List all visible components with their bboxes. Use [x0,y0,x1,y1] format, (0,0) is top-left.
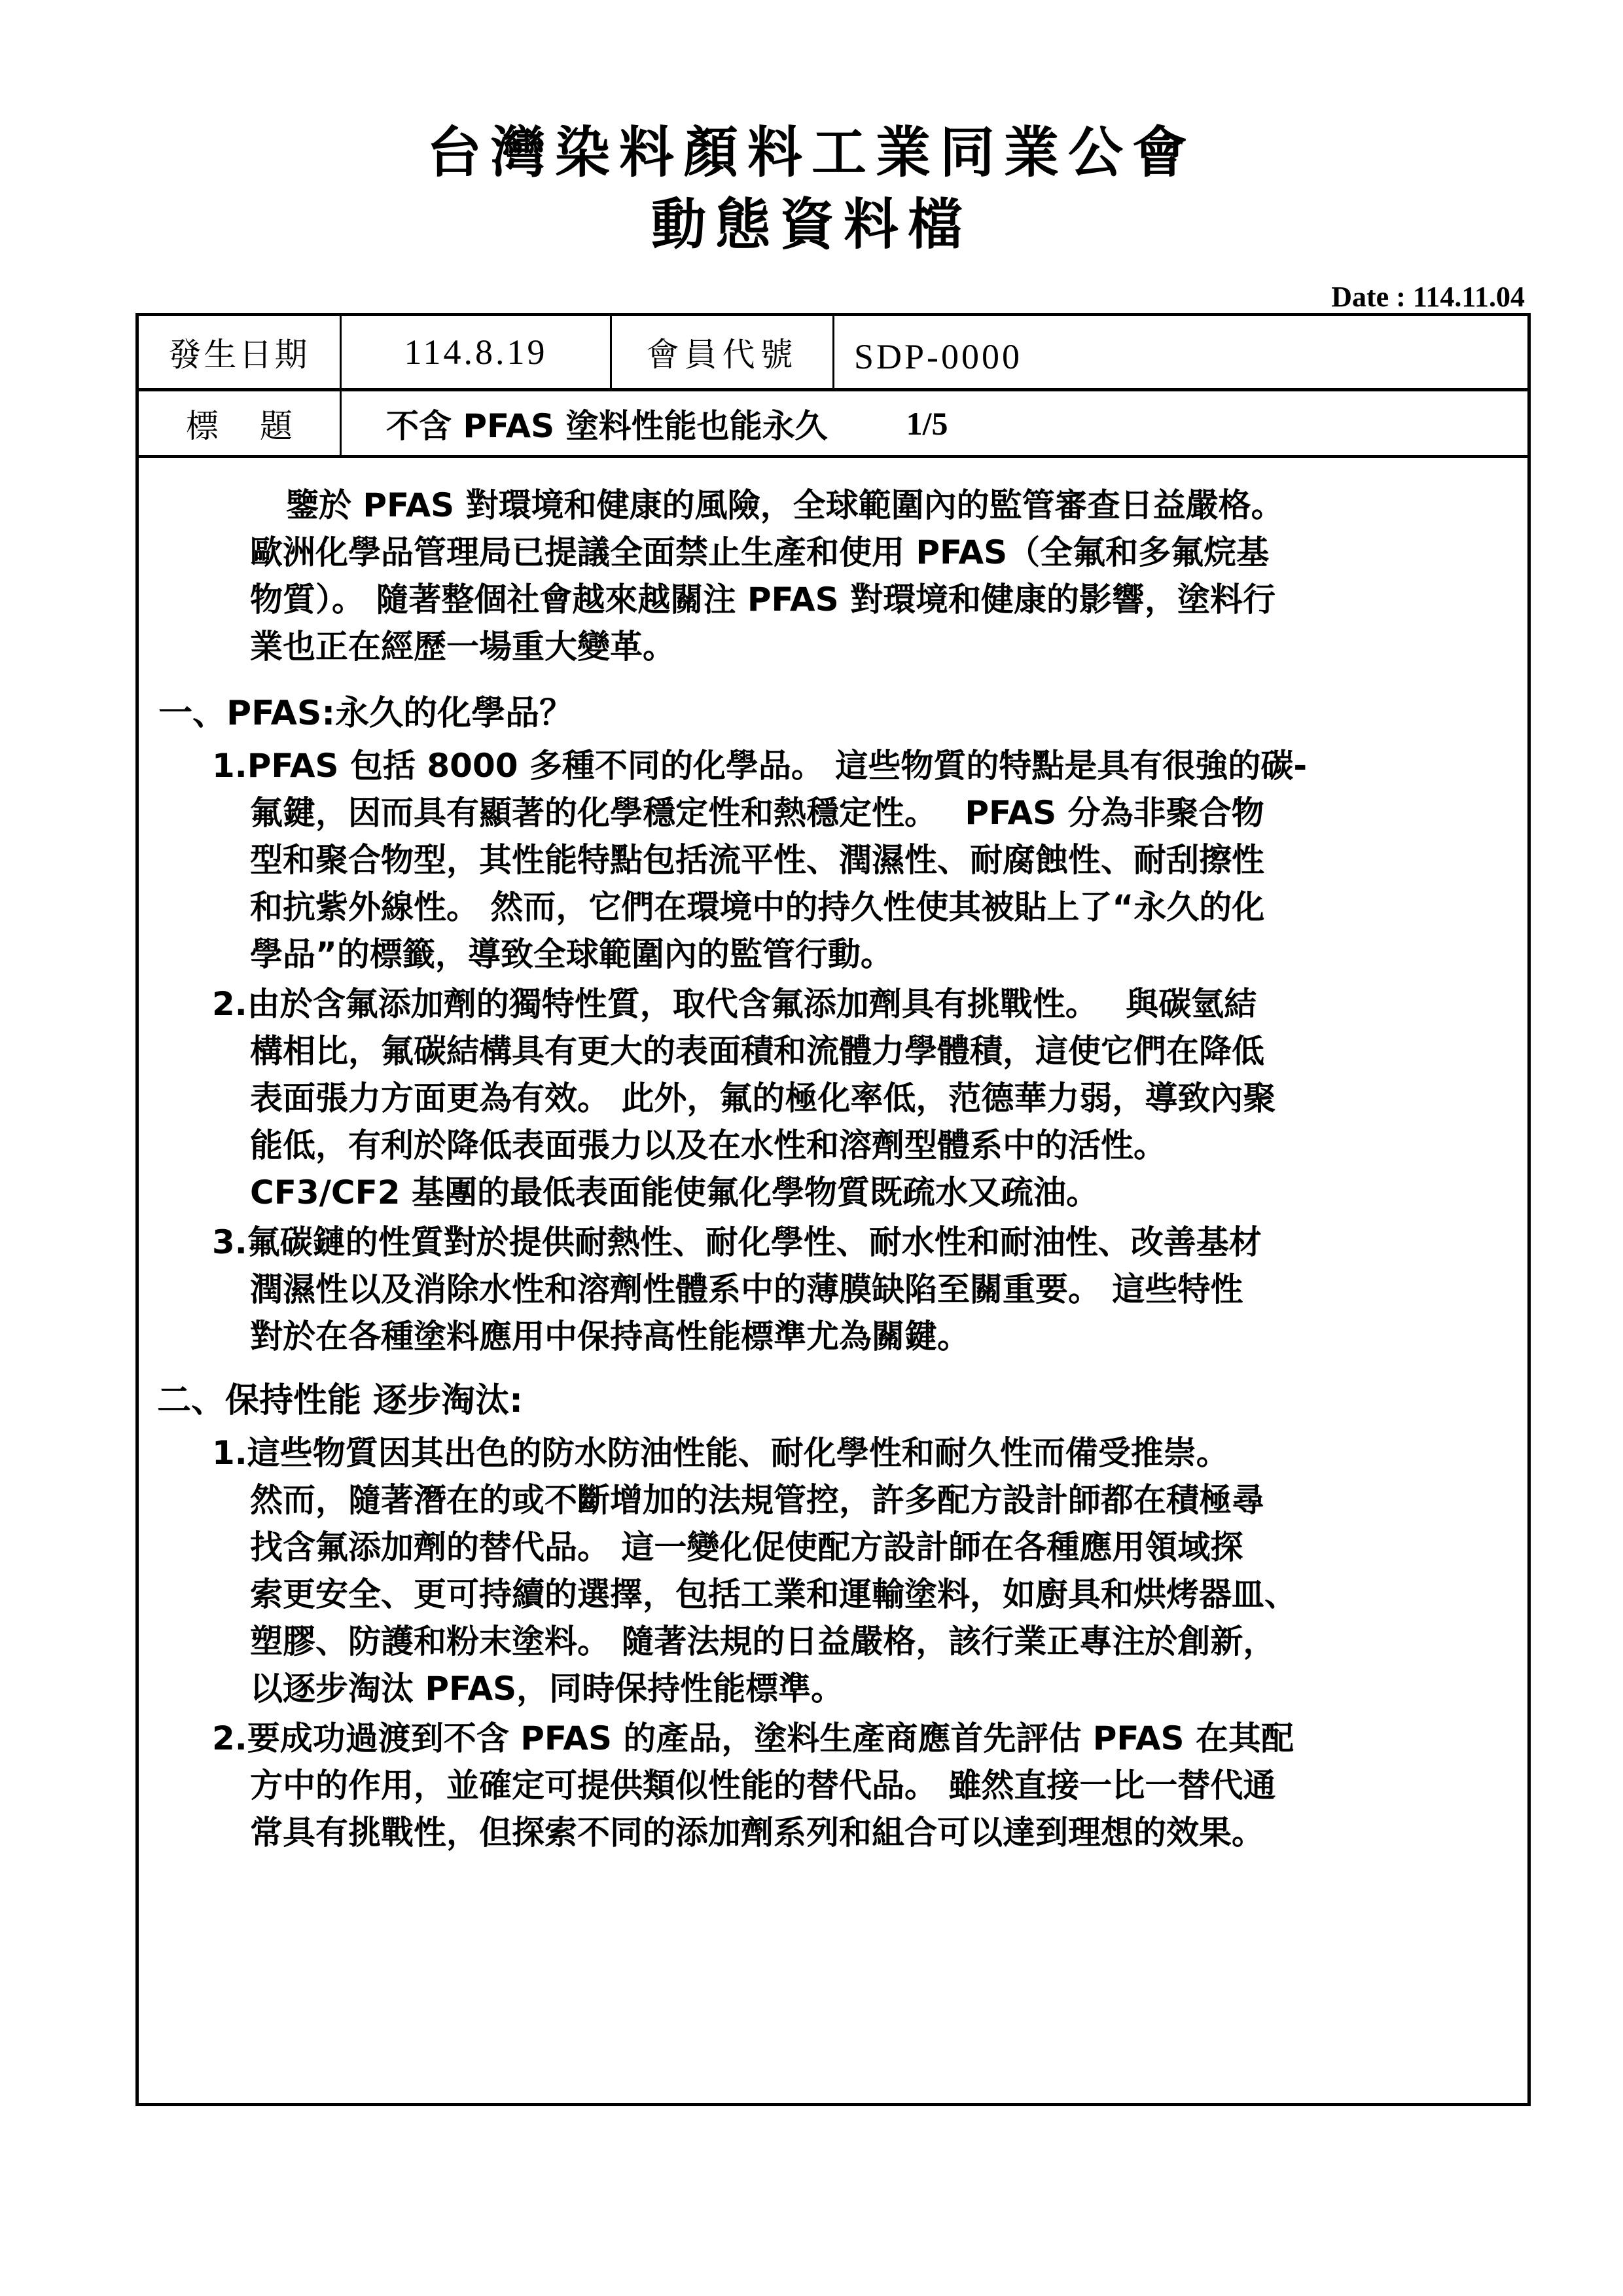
section-2-item-1-line: 以逐步淘汰 PFAS，同時保持性能標準。 [250,1669,844,1708]
section-1-item-3-line: 3.氟碳鏈的性質對於提供耐熱性、耐化學性、耐水性和耐油性、改善基材 [212,1223,1262,1262]
section-1-item-1-line: 1.PFAS 包括 8000 多種不同的化學品。 這些物質的特點是具有很強的碳- [212,746,1307,785]
subject-value: 不含 PFAS 塗料性能也能永久 [386,400,828,447]
intro-line: 物質）。 隨著整個社會越來越關注 PFAS 對環境和健康的影響，塗料行 [250,580,1275,619]
section-1-item-2-line: 表面張力方面更為有效。 此外，氟的極化率低，范德華力弱，導致內聚 [250,1079,1275,1118]
section-1-item-3-line: 對於在各種塗料應用中保持高性能標準尤為關鍵。 [250,1317,970,1356]
section-2-heading: 二、保持性能 逐步淘汰: [157,1381,523,1420]
intro-line: 歐洲化學品管理局已提議全面禁止生產和使用 PFAS（全氟和多氟烷基 [250,533,1269,572]
organization-title: 台灣染料顏料工業同業公會 [0,117,1623,188]
section-1-item-1-line: 和抗紫外線性。 然而，它們在環境中的持久性使其被貼上了“永久的化 [250,888,1264,927]
page-indicator: 1/5 [906,404,948,442]
section-1-item-1-line: 學品”的標籤，導致全球範圍內的監管行動。 [250,935,893,974]
section-1-item-2-line: 能低，有利於降低表面張力以及在水性和溶劑型體系中的活性。 [250,1126,1166,1165]
section-2-item-2-line: 常具有挑戰性，但探索不同的添加劑系列和組合可以達到理想的效果。 [250,1813,1264,1852]
section-2-item-1-line: 索更安全、更可持續的選擇，包括工業和運輸塗料，如廚具和烘烤器皿、 [250,1575,1297,1614]
section-1-heading: 一、PFAS:永久的化學品？ [158,694,573,733]
section-1-item-3-line: 潤濕性以及消除水性和溶劑性體系中的薄膜缺陷至關重要。 這些特性 [250,1270,1243,1309]
section-1-item-1-line: 氟鍵，因而具有顯著的化學穩定性和熱穩定性。 PFAS 分為非聚合物 [250,793,1264,833]
subject-label-left: 標 [186,400,219,447]
section-2-item-2-line: 方中的作用，並確定可提供類似性能的替代品。 雖然直接一比一替代通 [250,1766,1275,1805]
info-row-date-member: 發生日期 114.8.19 會員代號 SDP-0000 [139,316,1527,391]
document-frame: 發生日期 114.8.19 會員代號 SDP-0000 標 題 不含 PFAS … [135,313,1531,2106]
subject-value-cell: 不含 PFAS 塗料性能也能永久 1/5 [342,391,1527,455]
section-2-item-2-line: 2.要成功過渡到不含 PFAS 的產品，塗料生產商應首先評估 PFAS 在其配 [212,1719,1294,1758]
occurrence-date-value: 114.8.19 [342,316,612,388]
info-row-subject: 標 題 不含 PFAS 塗料性能也能永久 1/5 [139,391,1527,458]
section-2-item-1-line: 找含氟添加劑的替代品。 這一變化促使配方設計師在各種應用領域探 [250,1528,1243,1567]
subject-label-right: 題 [260,400,293,447]
section-2-item-1-line: 然而，隨著潛在的或不斷增加的法規管控，許多配方設計師都在積極尋 [250,1480,1264,1520]
section-1-item-2-line: 2.由於含氟添加劑的獨特性質，取代含氟添加劑具有挑戰性。 與碳氫結 [212,984,1257,1024]
intro-line: 業也正在經歷一場重大變革。 [250,627,675,666]
document-body: 鑒於 PFAS 對環境和健康的風險，全球範圍內的監管審查日益嚴格。 歐洲化學品管… [139,458,1527,2103]
subject-label: 標 題 [139,391,342,455]
section-1-item-2-line: CF3/CF2 基團的最低表面能使氟化學物質既疏水又疏油。 [250,1173,1099,1212]
intro-line: 鑒於 PFAS 對環境和健康的風險，全球範圍內的監管審查日益嚴格。 [286,486,1284,525]
section-1-item-2-line: 構相比，氟碳結構具有更大的表面積和流體力學體積，這使它們在降低 [250,1031,1264,1071]
section-1-item-1-line: 型和聚合物型，其性能特點包括流平性、潤濕性、耐腐蝕性、耐刮擦性 [250,840,1264,880]
document-type-title: 動態資料檔 [0,188,1623,260]
member-code-label: 會員代號 [612,316,834,388]
section-2-item-1-line: 塑膠、防護和粉末塗料。 隨著法規的日益嚴格，該行業正專注於創新， [250,1622,1275,1661]
member-code-value: SDP-0000 [834,316,1527,388]
occurrence-date-label: 發生日期 [139,316,342,388]
document-date: Date : 114.11.04 [1331,280,1525,314]
section-2-item-1-line: 1.這些物質因其出色的防水防油性能、耐化學性和耐久性而備受推崇。 [212,1433,1229,1473]
